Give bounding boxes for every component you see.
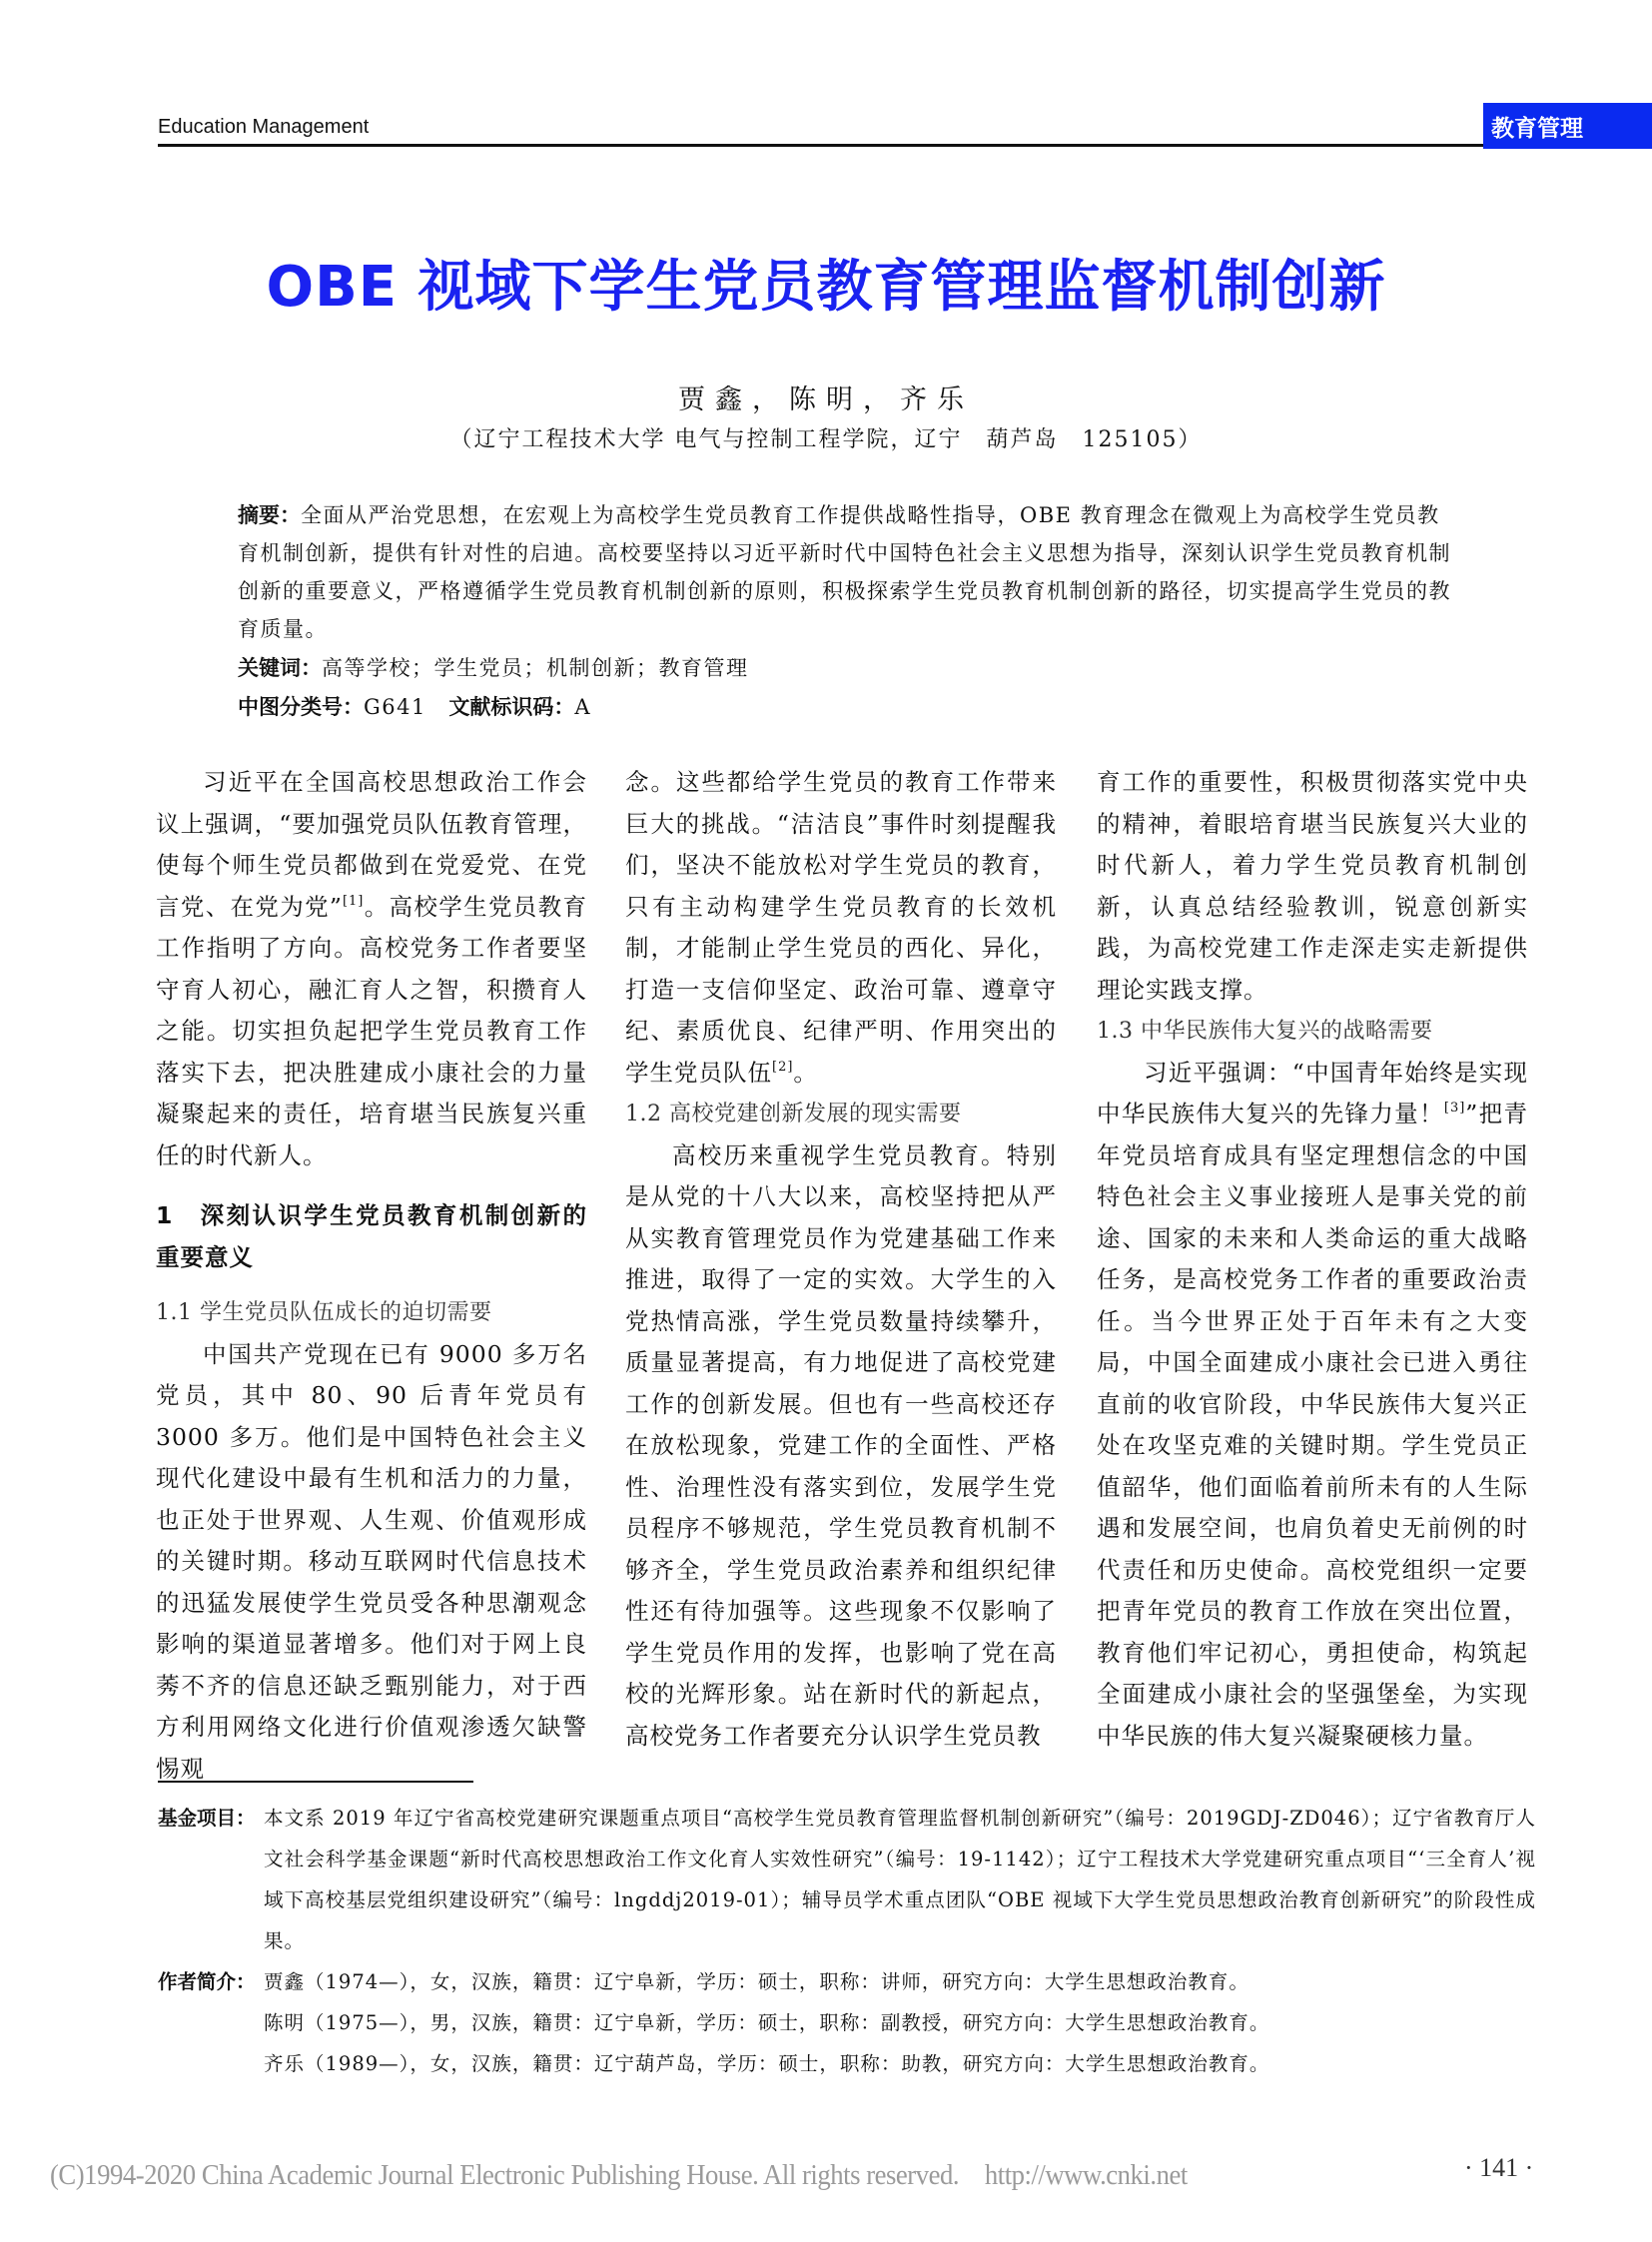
- fund-label: 基金项目：: [158, 1798, 264, 1961]
- journal-section-cn: 教育管理: [1491, 110, 1583, 143]
- section-heading: 1 深刻认识学生党员教育机制创新的重要意义: [156, 1194, 587, 1278]
- author-bio: 贾鑫（1974—），女，汉族，籍贯：辽宁阜新，学历：硕士，职称：讲师，研究方向：…: [264, 1961, 1536, 2002]
- fund-text: 本文系 2019 年辽宁省高校党建研究课题重点项目“高校学生党员教育管理监督机制…: [264, 1798, 1536, 1961]
- column-1: 习近平在全国高校思想政治工作会议上强调，“要加强党员队伍教育管理，使每个师生党员…: [156, 762, 587, 1790]
- body-columns: 习近平在全国高校思想政治工作会议上强调，“要加强党员队伍教育管理，使每个师生党员…: [156, 762, 1534, 1751]
- citation-ref[interactable]: [2]: [772, 1060, 793, 1075]
- paragraph-text: 念。这些都给学生党员的教育工作带来巨大的挑战。“洁洁良”事件时刻提醒我们，坚决不…: [625, 768, 1057, 1087]
- article-authors: 贾鑫，陈明，齐乐: [0, 377, 1652, 416]
- author-bio-label: 作者简介：: [158, 1961, 264, 2084]
- paragraph: 高校历来重视学生党员教育。特别是从党的十八大以来，高校坚持把从严从实教育管理党员…: [625, 1135, 1057, 1758]
- clc-label: 中图分类号：: [238, 695, 364, 719]
- author-bio-note: 作者简介： 贾鑫（1974—），女，汉族，籍贯：辽宁阜新，学历：硕士，职称：讲师…: [158, 1961, 1536, 2084]
- abstract-label: 摘要：: [238, 503, 301, 527]
- paragraph-text: 。高校学生党员教育工作指明了方向。高校党务工作者要坚守育人初心，融汇育人之智，积…: [156, 893, 587, 1169]
- header-divider: [158, 144, 1483, 147]
- paragraph: 习近平在全国高校思想政治工作会议上强调，“要加强党员队伍教育管理，使每个师生党员…: [156, 762, 587, 1176]
- classification: 中图分类号：G641 文献标识码：A: [238, 688, 1456, 726]
- footnote-divider: [158, 1781, 473, 1783]
- article-affiliation: （辽宁工程技术大学 电气与控制工程学院，辽宁 葫芦岛 125105）: [0, 422, 1652, 453]
- paragraph: 育工作的重要性，积极贯彻落实党中央的精神，着眼培育堪当民族复兴大业的时代新人，着…: [1097, 762, 1528, 1011]
- paragraph: 中国共产党现在已有 9000 多万名党员，其中 80、90 后青年党员有 300…: [156, 1334, 587, 1791]
- citation-ref[interactable]: [3]: [1444, 1101, 1465, 1116]
- fund-note: 基金项目： 本文系 2019 年辽宁省高校党建研究课题重点项目“高校学生党员教育…: [158, 1798, 1536, 1961]
- keywords-label: 关键词：: [238, 656, 322, 680]
- abstract-block: 摘要：全面从严治党思想，在宏观上为高校学生党员教育工作提供战略性指导，OBE 教…: [238, 496, 1456, 726]
- copyright-notice: (C)1994-2020 China Academic Journal Elec…: [50, 2159, 1188, 2192]
- article-title: OBE 视域下学生党员教育管理监督机制创新: [0, 243, 1652, 323]
- paragraph: 念。这些都给学生党员的教育工作带来巨大的挑战。“洁洁良”事件时刻提醒我们，坚决不…: [625, 762, 1057, 1094]
- journal-section-en: Education Management: [158, 116, 369, 139]
- author-bio: 齐乐（1989—），女，汉族，籍贯：辽宁葫芦岛，学历：硕士，职称：助教，研究方向…: [264, 2043, 1536, 2084]
- doc-code-label: 文献标识码：: [448, 695, 574, 719]
- subsection-heading: 1.1 学生党员队伍成长的迫切需要: [156, 1292, 587, 1334]
- copyright-text: (C)1994-2020 China Academic Journal Elec…: [50, 2159, 959, 2191]
- paragraph-text: ”把青年党员培育成具有坚定理想信念的中国特色社会主义事业接班人是事关党的前途、国…: [1097, 1100, 1528, 1750]
- subsection-heading: 1.2 高校党建创新发展的现实需要: [625, 1094, 1057, 1135]
- doc-code-value: A: [574, 695, 591, 719]
- abstract-text: 全面从严治党思想，在宏观上为高校学生党员教育工作提供战略性指导，OBE 教育理念…: [238, 503, 1451, 641]
- footnotes: 基金项目： 本文系 2019 年辽宁省高校党建研究课题重点项目“高校学生党员教育…: [158, 1798, 1536, 2084]
- column-3: 育工作的重要性，积极贯彻落实党中央的精神，着眼培育堪当民族复兴大业的时代新人，着…: [1097, 762, 1528, 1757]
- keywords-text: 高等学校；学生党员；机制创新；教育管理: [322, 656, 749, 680]
- author-bio: 陈明（1975—），男，汉族，籍贯：辽宁阜新，学历：硕士，职称：副教授，研究方向…: [264, 2002, 1536, 2043]
- paragraph-text: 习近平强调：“中国青年始终是实现中华民族伟大复兴的先锋力量！: [1097, 1059, 1528, 1128]
- abstract: 摘要：全面从严治党思想，在宏观上为高校学生党员教育工作提供战略性指导，OBE 教…: [238, 496, 1456, 648]
- keywords: 关键词：高等学校；学生党员；机制创新；教育管理: [238, 649, 1456, 687]
- column-2: 念。这些都给学生党员的教育工作带来巨大的挑战。“洁洁良”事件时刻提醒我们，坚决不…: [625, 762, 1057, 1757]
- citation-ref[interactable]: [1]: [343, 894, 364, 909]
- paragraph: 习近平强调：“中国青年始终是实现中华民族伟大复兴的先锋力量！[3]”把青年党员培…: [1097, 1053, 1528, 1758]
- clc-value: G641: [364, 695, 426, 719]
- cnki-link[interactable]: http://www.cnki.net: [985, 2159, 1188, 2191]
- paragraph-text: 。: [793, 1059, 818, 1087]
- page-number: · 141 ·: [1464, 2153, 1533, 2183]
- subsection-heading: 1.3 中华民族伟大复兴的战略需要: [1097, 1011, 1528, 1053]
- journal-section-badge: 教育管理: [1483, 103, 1652, 149]
